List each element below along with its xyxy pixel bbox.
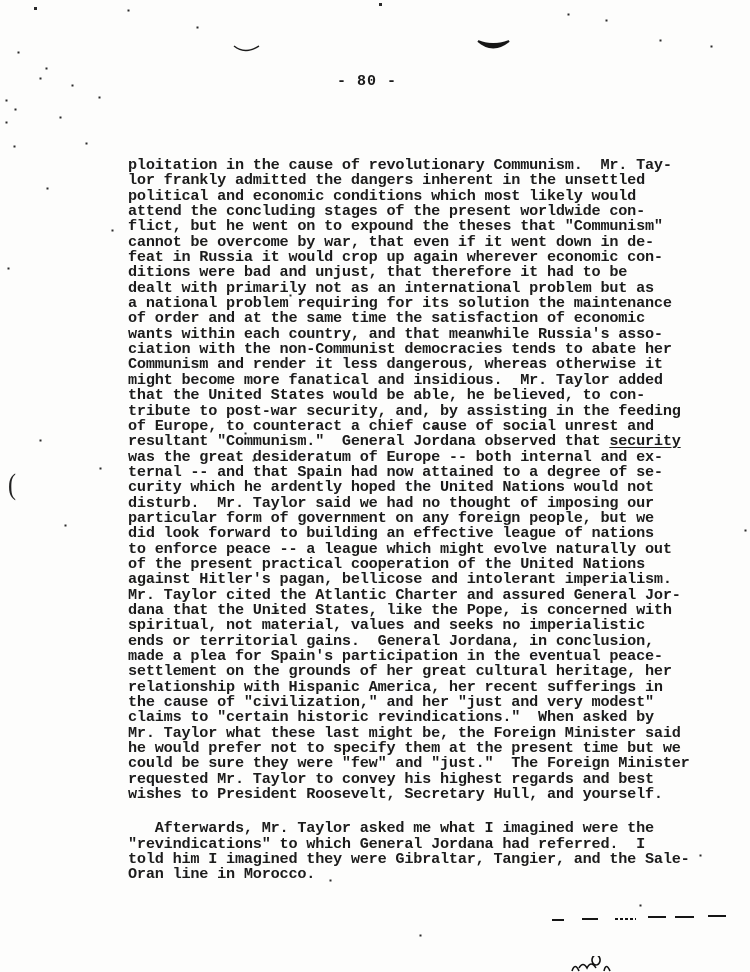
dash-mark (675, 916, 694, 918)
page-number: - 80 - (337, 73, 397, 90)
document-body: ploitation in the cause of revolutionary… (128, 158, 728, 883)
dash-mark (615, 918, 636, 920)
paragraph: Afterwards, Mr. Taylor asked me what I i… (128, 821, 728, 882)
document-page: ( - 80 - ploitation in the cause of revo… (0, 0, 750, 972)
text-line: wishes to President Roosevelt, Secretary… (128, 787, 728, 802)
bottom-smudge-mark (570, 956, 614, 972)
dash-mark (648, 916, 666, 918)
dash-mark (582, 918, 598, 920)
stray-pen-mark-left (233, 42, 261, 56)
dash-mark (552, 919, 564, 921)
paragraph: ploitation in the cause of revolutionary… (128, 158, 728, 802)
margin-parenthesis-mark: ( (8, 468, 16, 502)
dash-mark (708, 915, 726, 917)
stray-pen-mark-right (477, 37, 511, 55)
text-line: Oran line in Morocco. (128, 867, 728, 882)
scan-noise-specks (0, 0, 1, 1)
